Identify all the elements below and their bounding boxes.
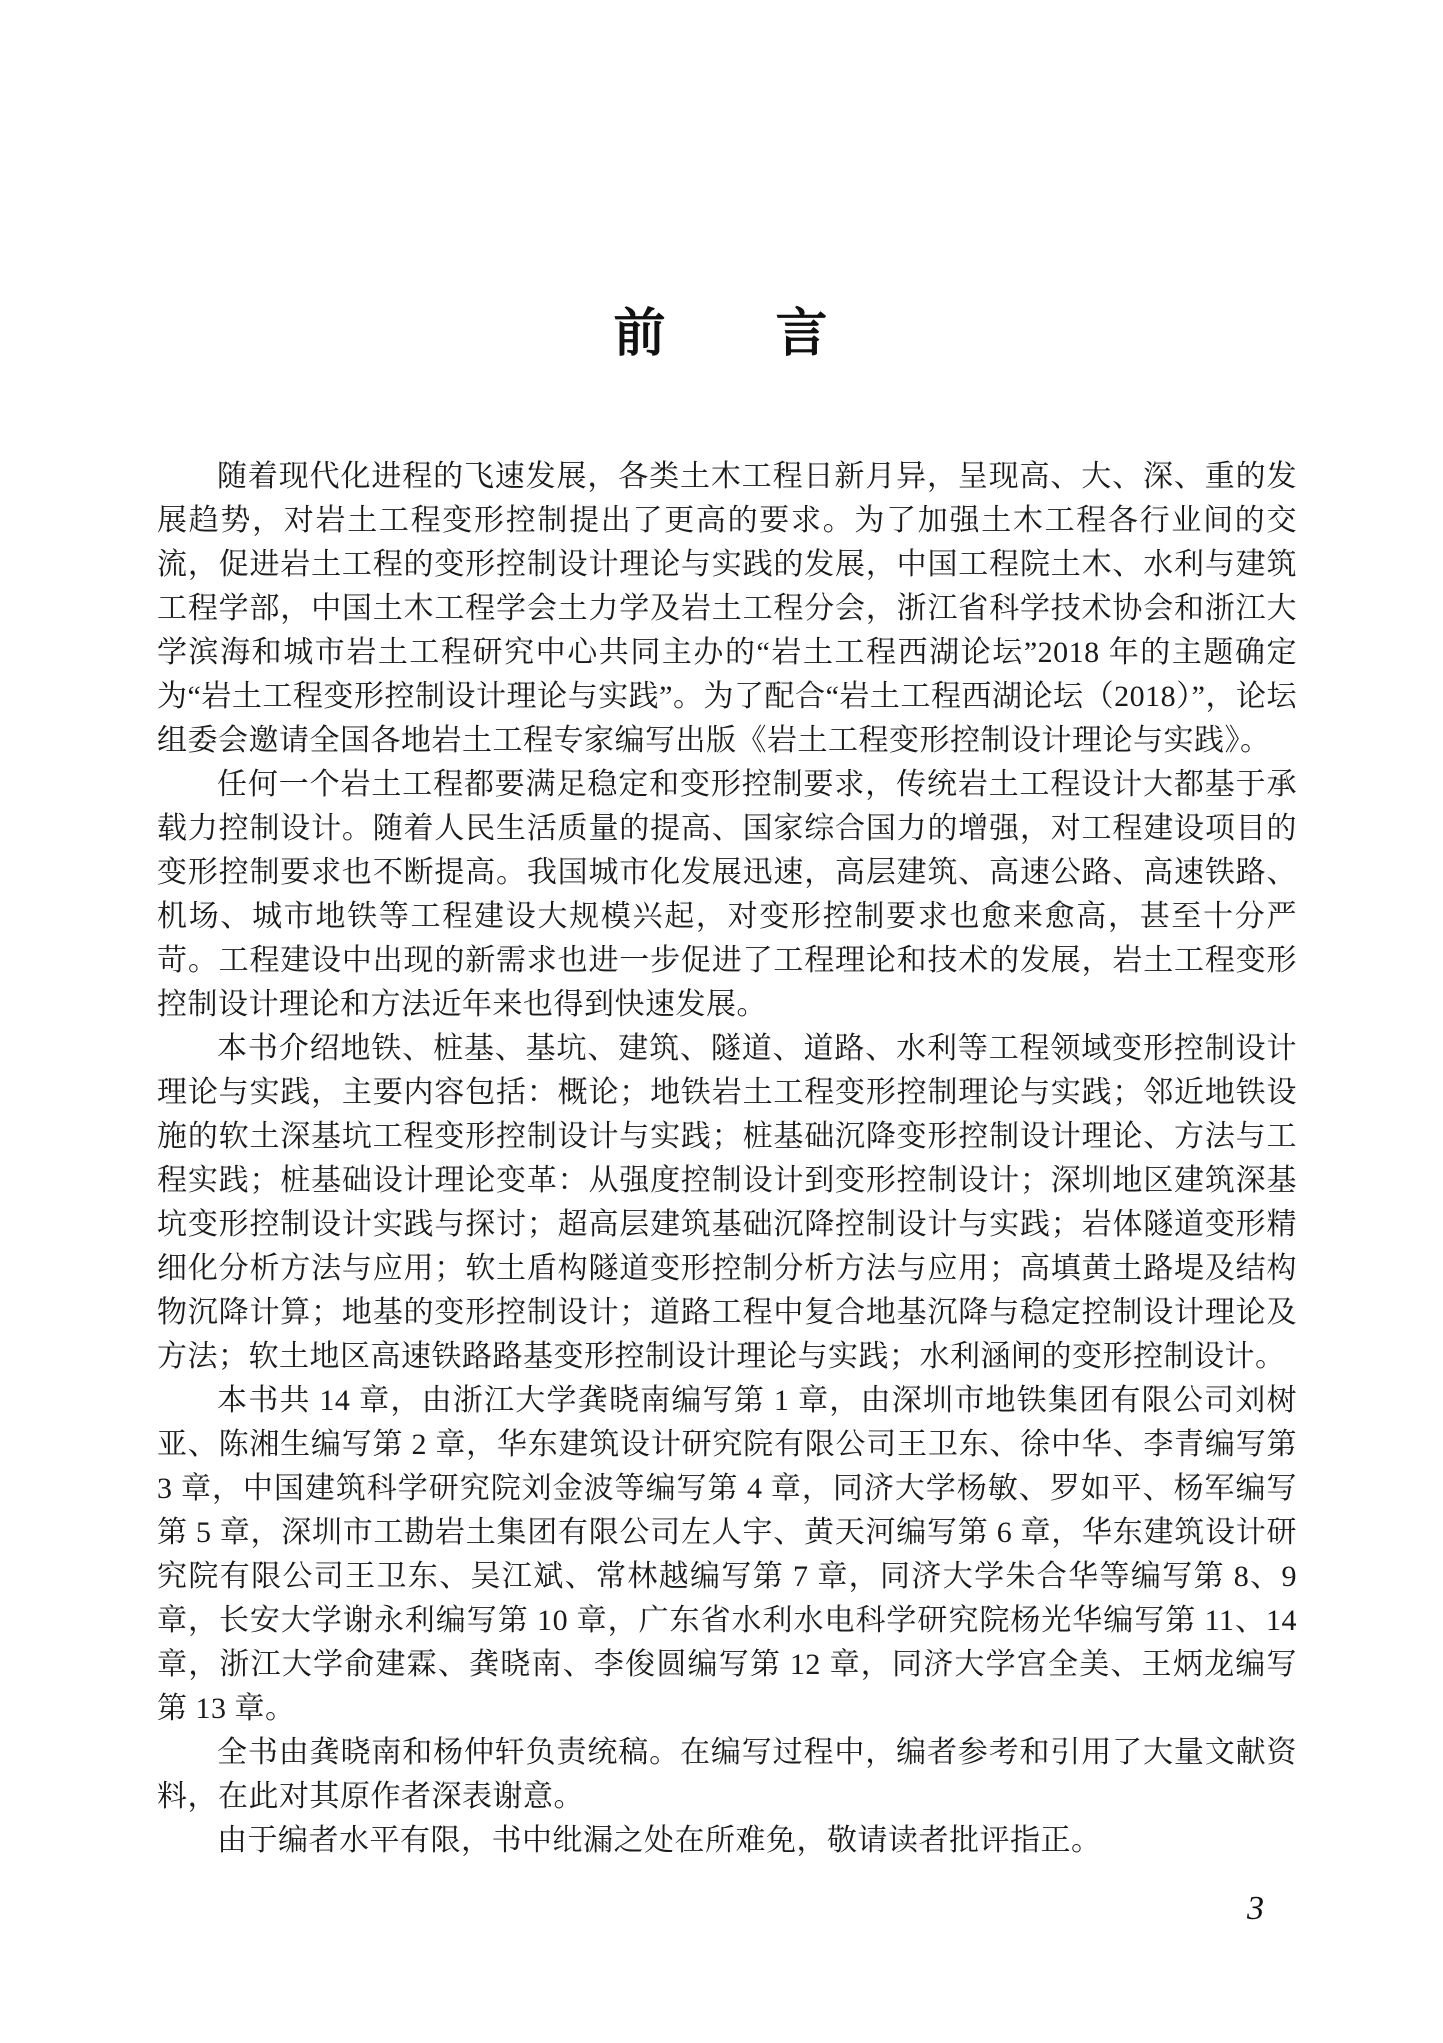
- paragraph-deformation-control-background: 任何一个岩土工程都要满足稳定和变形控制要求，传统岩土工程设计大都基于承载力控制设…: [157, 763, 1297, 1027]
- paragraph-acknowledgements: 全书由龚晓南和杨仲轩负责统稿。在编写过程中，编者参考和引用了大量文献资料，在此对…: [157, 1731, 1297, 1819]
- paragraph-closing-remark: 由于编者水平有限，书中纰漏之处在所难免，敬请读者批评指正。: [157, 1819, 1297, 1863]
- paragraph-chapter-authors: 本书共 14 章，由浙江大学龚晓南编写第 1 章，由深圳市地铁集团有限公司刘树亚…: [157, 1379, 1297, 1731]
- page-title: 前 言: [0, 0, 1443, 363]
- preface-page: 前 言 随着现代化进程的飞速发展，各类土木工程日新月异，呈现高、大、深、重的发展…: [0, 0, 1443, 2043]
- paragraph-intro-forum: 随着现代化进程的飞速发展，各类土木工程日新月异，呈现高、大、深、重的发展趋势，对…: [157, 455, 1297, 763]
- preface-body: 随着现代化进程的飞速发展，各类土木工程日新月异，呈现高、大、深、重的发展趋势，对…: [157, 455, 1297, 1863]
- page-number: 3: [1247, 1890, 1264, 1928]
- paragraph-book-contents: 本书介绍地铁、桩基、基坑、建筑、隧道、道路、水利等工程领域变形控制设计理论与实践…: [157, 1027, 1297, 1379]
